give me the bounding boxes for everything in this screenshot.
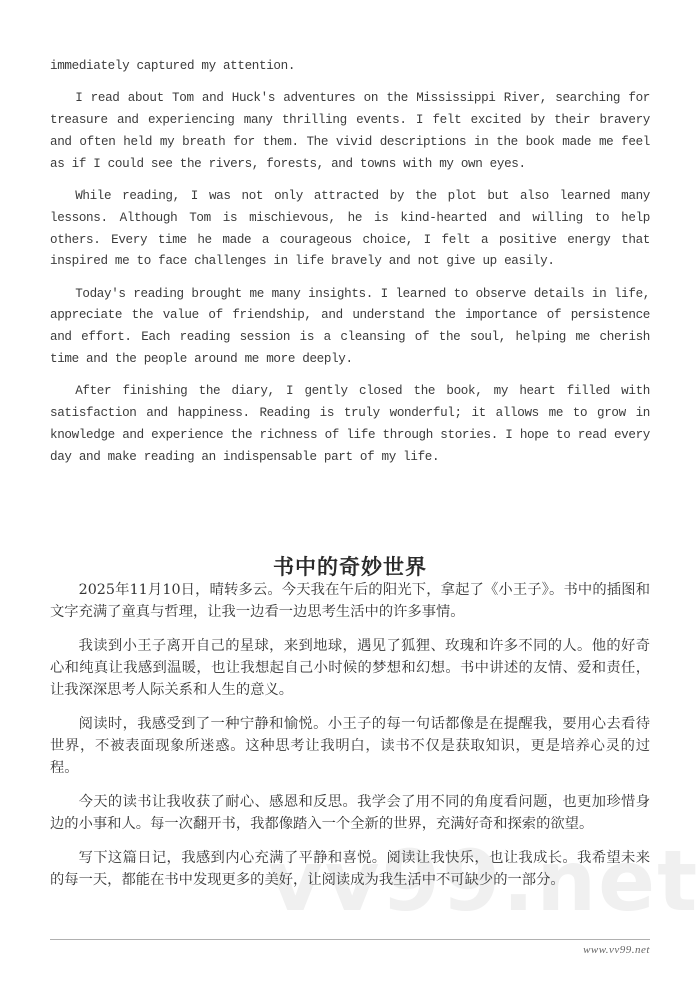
paragraph: 今天的读书让我收获了耐心、感恩和反思。我学会了用不同的角度看问题，也更加珍惜身边… bbox=[50, 791, 650, 835]
paragraph: Today's reading brought me many insights… bbox=[50, 284, 650, 371]
chinese-diary-section: 2025年11月10日，晴转多云。今天我在午后的阳光下，拿起了《小王子》。书中的… bbox=[50, 579, 650, 903]
paragraph: 2025年11月10日，晴转多云。今天我在午后的阳光下，拿起了《小王子》。书中的… bbox=[50, 579, 650, 623]
footer-site-url: www.vv99.net bbox=[583, 944, 650, 956]
paragraph: 我读到小王子离开自己的星球，来到地球，遇见了狐狸、玫瑰和许多不同的人。他的好奇心… bbox=[50, 635, 650, 701]
paragraph-continuation: immediately captured my attention. bbox=[50, 56, 650, 78]
english-diary-section: immediately captured my attention. I rea… bbox=[50, 56, 650, 479]
chinese-section-title: 书中的奇妙世界 bbox=[50, 551, 650, 581]
paragraph: I read about Tom and Huck's adventures o… bbox=[50, 88, 650, 175]
paragraph: 写下这篇日记，我感到内心充满了平静和喜悦。阅读让我快乐，也让我成长。我希望未来的… bbox=[50, 847, 650, 891]
paragraph: While reading, I was not only attracted … bbox=[50, 186, 650, 273]
paragraph: After finishing the diary, I gently clos… bbox=[50, 381, 650, 468]
paragraph: 阅读时，我感受到了一种宁静和愉悦。小王子的每一句话都像是在提醒我，要用心去看待世… bbox=[50, 713, 650, 779]
footer-divider bbox=[50, 939, 650, 940]
